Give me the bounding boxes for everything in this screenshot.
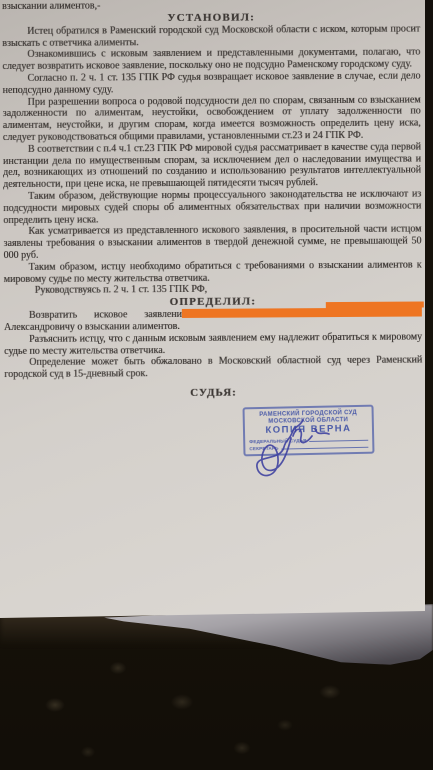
judge-label: СУДЬЯ: (4, 385, 422, 401)
established-paragraph: Ознакомившись с исковым заявлением и пре… (2, 47, 420, 73)
ruling-clarify-paragraph: Разъяснить истцу, что с данным исковым з… (4, 331, 422, 357)
established-paragraph: Таким образом, действующие нормы процесс… (3, 188, 421, 226)
established-paragraph: Таким образом, истцу необходимо обратить… (4, 259, 422, 285)
established-paragraph: Согласно п. 2 ч. 1 ст. 135 ГПК РФ судья … (2, 70, 420, 96)
ruling-appeal-paragraph: Определение может быть обжаловано в Моск… (4, 355, 422, 381)
ruling-return-paragraph: Возвратить исковое заявлени Александрови… (4, 308, 422, 334)
established-paragraph: При разрешении вопроса о родовой подсудн… (3, 94, 421, 144)
document-text: взыскании алиментов,- УСТАНОВИЛ: Истец о… (0, 0, 427, 401)
established-paragraph: В соответствии с п.4 ч.1 ст.23 ГПК РФ ми… (3, 141, 421, 191)
ruling-return-continuation: Александровичу о взыскании алиментов. (4, 321, 180, 333)
judge-signature (237, 412, 357, 490)
document-paper: взыскании алиментов,- УСТАНОВИЛ: Истец о… (0, 0, 425, 622)
court-document-photo: взыскании алиментов,- УСТАНОВИЛ: Истец о… (0, 0, 433, 770)
ruling-return-text: Возвратить исковое заявлени (29, 309, 182, 321)
established-paragraph: Как усматривается из представленного иск… (3, 224, 421, 262)
redaction-bar (182, 308, 422, 318)
established-paragraph: Истец обратился в Раменский городской су… (2, 23, 420, 49)
